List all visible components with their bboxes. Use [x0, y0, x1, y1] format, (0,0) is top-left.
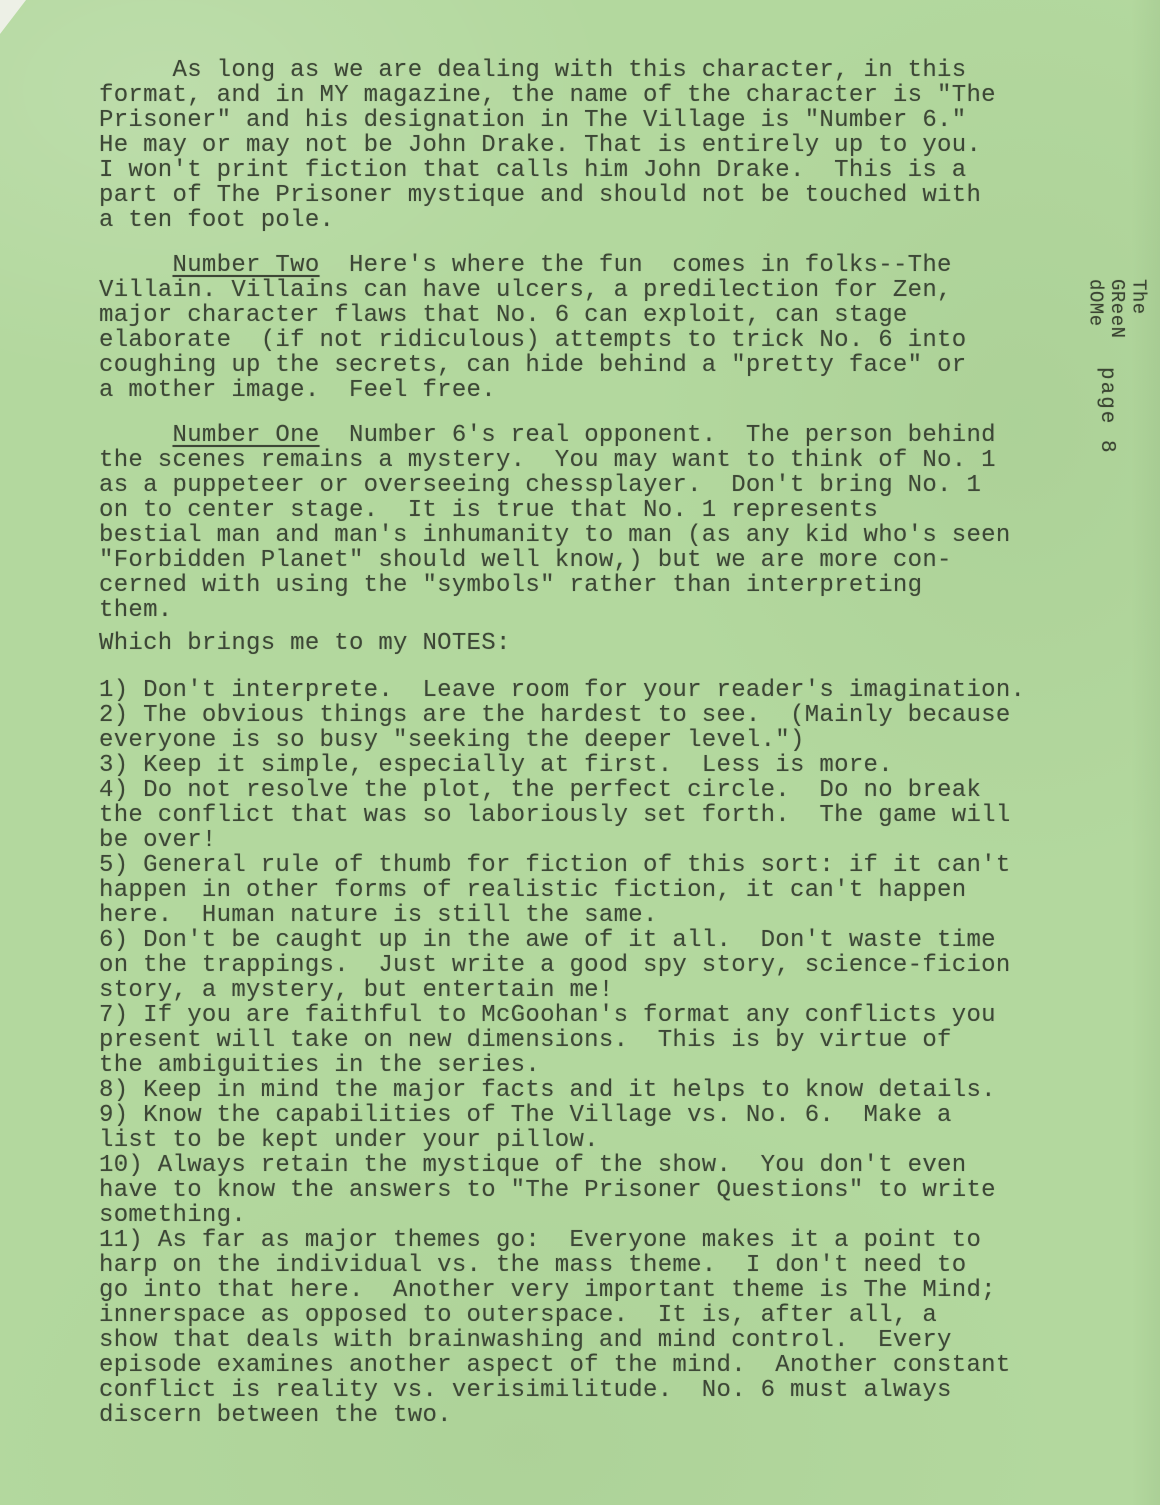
- number-two-heading: Number Two: [173, 252, 320, 279]
- note-item-10: 10) Always retain the mystique of the sh…: [99, 1153, 1047, 1228]
- paragraph-indent: [99, 422, 173, 449]
- note-item-5: 5) General rule of thumb for fiction of …: [99, 853, 1047, 928]
- page-number-label: page 8: [1095, 367, 1118, 455]
- note-item-7: 7) If you are faithful to McGoohan's for…: [99, 1003, 1047, 1078]
- note-item-6: 6) Don't be caught up in the awe of it a…: [99, 928, 1047, 1003]
- note-item-1: 1) Don't interprete. Leave room for your…: [99, 678, 1047, 703]
- number-one-heading: Number One: [173, 422, 320, 449]
- note-item-8: 8) Keep in mind the major facts and it h…: [99, 1078, 1047, 1103]
- note-item-2: 2) The obvious things are the hardest to…: [99, 703, 1047, 753]
- document-body: As long as we are dealing with this char…: [99, 58, 1047, 1428]
- zine-title: The GReeN dOMe: [1084, 279, 1149, 339]
- paragraph-text: Number 6's real opponent. The person beh…: [99, 422, 1011, 624]
- notes-list: 1) Don't interprete. Leave room for your…: [99, 678, 1047, 1428]
- paragraph-indent: [99, 252, 173, 279]
- zine-page: As long as we are dealing with this char…: [0, 0, 1160, 1505]
- torn-corner: [0, 0, 26, 34]
- note-item-9: 9) Know the capabilities of The Village …: [99, 1103, 1047, 1153]
- note-item-11: 11) As far as major themes go: Everyone …: [99, 1228, 1047, 1428]
- note-item-3: 3) Keep it simple, especially at first. …: [99, 753, 1047, 778]
- note-item-4: 4) Do not resolve the plot, the perfect …: [99, 778, 1047, 853]
- paragraph-number-one: Number One Number 6's real opponent. The…: [99, 423, 1047, 623]
- notes-heading: Which brings me to my NOTES:: [99, 631, 1047, 656]
- paragraph-intro: As long as we are dealing with this char…: [99, 58, 1047, 233]
- paragraph-number-two: Number Two Here's where the fun comes in…: [99, 253, 1047, 403]
